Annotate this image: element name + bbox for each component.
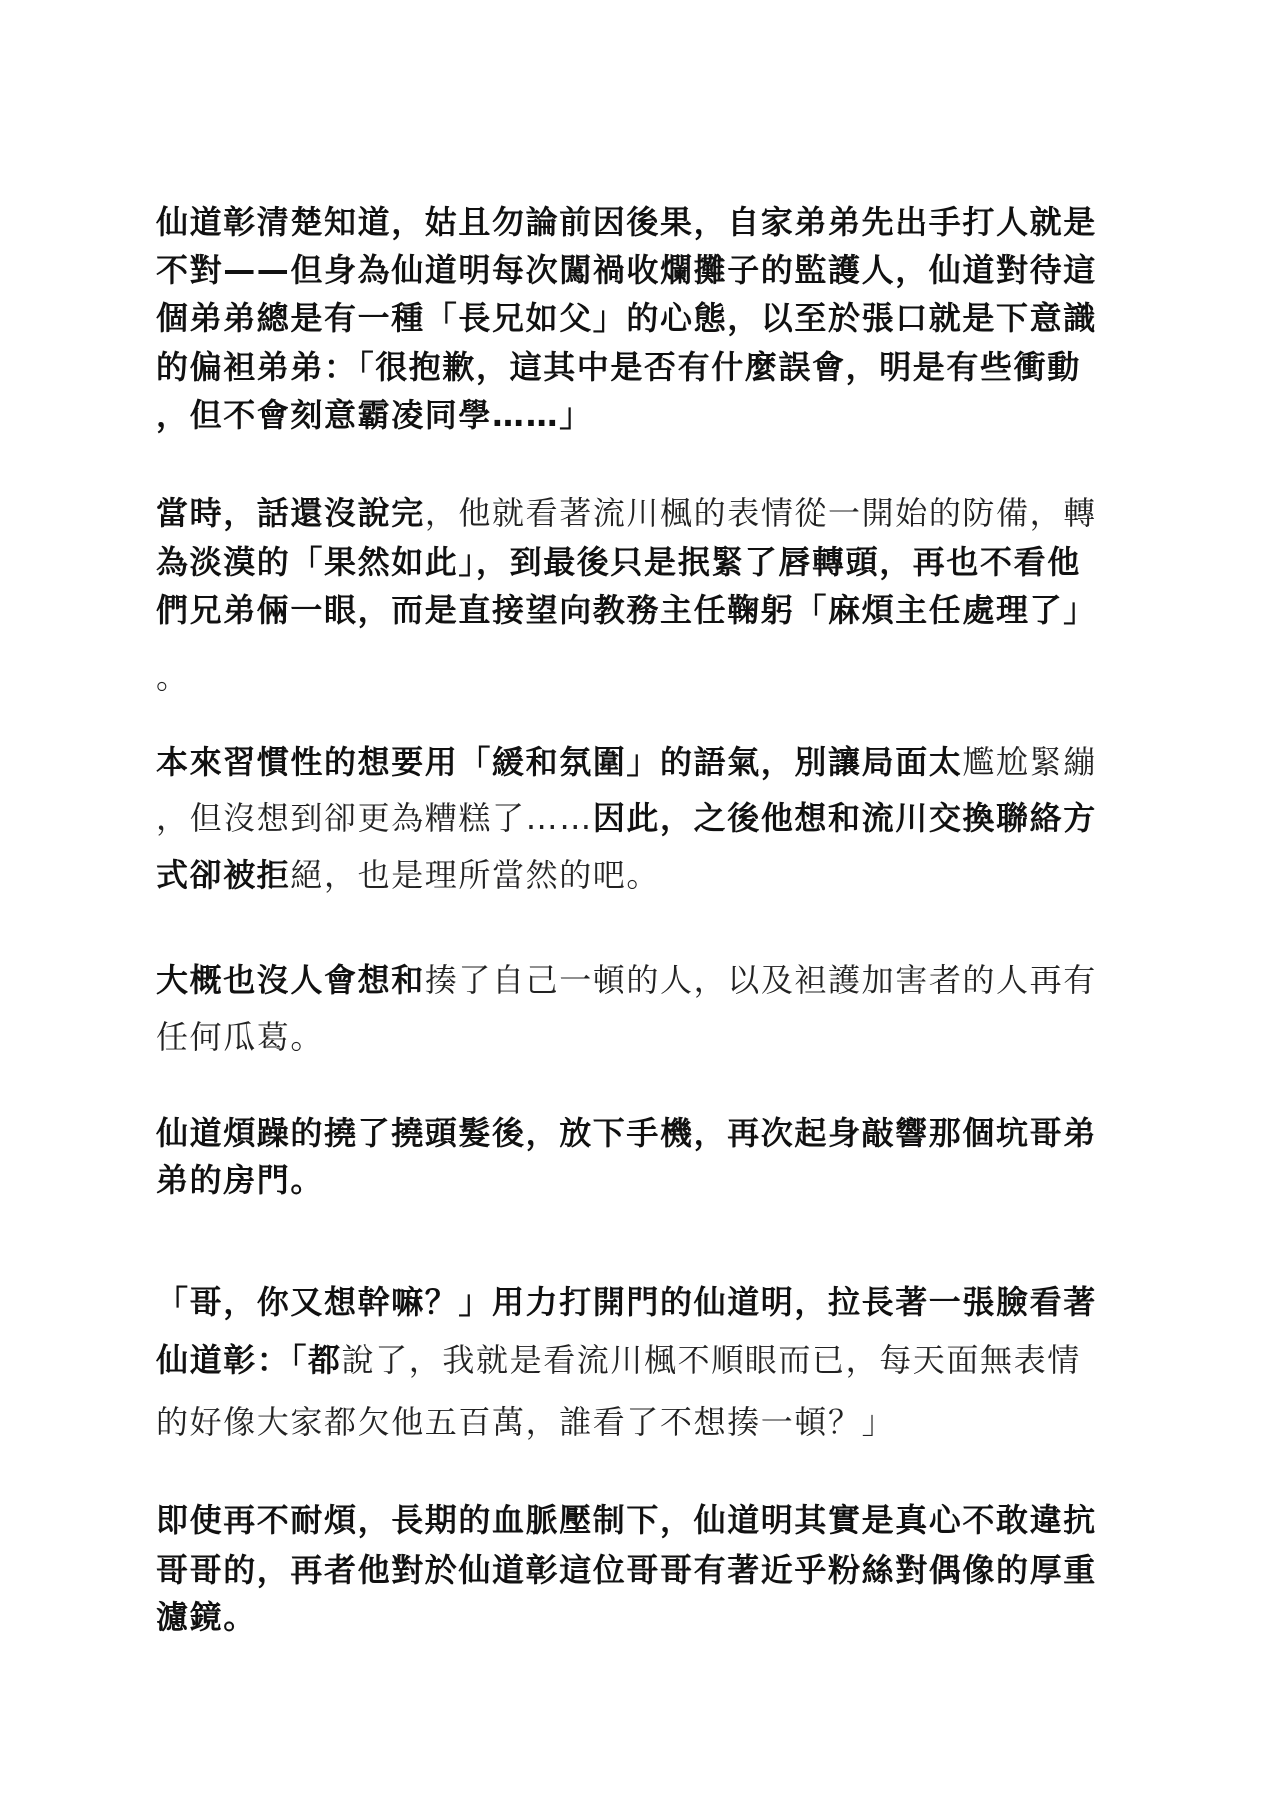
text-segment: 個弟弟總是有一種「長兄如父」的心態，以至於張口就是下意識: [156, 299, 1097, 337]
text-segment: 們兄弟倆一眼，而是直接望向教務主任鞠躬「麻煩主任處理了」: [156, 591, 1097, 629]
text-line: 仙道煩躁的撓了撓頭髮後，放下手機，再次起身敲響那個坑哥弟: [156, 1113, 1136, 1153]
text-line: 仙道彰清楚知道，姑且勿論前因後果，自家弟弟先出手打人就是: [156, 202, 1136, 242]
text-segment: 仙道彰清楚知道，姑且勿論前因後果，自家弟弟先出手打人就是: [156, 203, 1097, 241]
text-line: 當時，話還沒說完，他就看著流川楓的表情從一開始的防備，轉: [156, 493, 1136, 533]
text-segment: ，但沒想到卻更為糟糕了……: [156, 799, 593, 837]
text-segment: ，但不會刻意霸凌同學……」: [156, 396, 593, 434]
text-line: 弟的房門。: [156, 1160, 1136, 1200]
text-segment: ，他就看著流川楓的表情從一開始的防備，轉: [425, 494, 1097, 532]
text-segment: 任何瓜葛。: [156, 1018, 324, 1056]
text-line: 式卻被拒絕，也是理所當然的吧。: [156, 855, 1136, 895]
text-line: 的偏袒弟弟：「很抱歉，這其中是否有什麼誤會，明是有些衝動: [156, 347, 1136, 387]
text-segment: 尷尬緊繃: [962, 743, 1096, 781]
text-line: 「哥，你又想幹嘛？」用力打開門的仙道明，拉長著一張臉看著: [156, 1282, 1136, 1322]
text-segment: 說了，我就是看流川楓不順眼而已，每天面無表情: [342, 1341, 1081, 1379]
text-line: 任何瓜葛。: [156, 1017, 1136, 1057]
text-line: 們兄弟倆一眼，而是直接望向教務主任鞠躬「麻煩主任處理了」: [156, 590, 1136, 630]
text-segment: 的好像大家都欠他五百萬，誰看了不想揍一頓？」: [156, 1403, 895, 1441]
text-segment: 。: [156, 658, 190, 696]
text-segment: 哥哥的，再者他對於仙道彰這位哥哥有著近乎粉絲對偶像的厚重: [156, 1551, 1097, 1589]
document-page: 仙道彰清楚知道，姑且勿論前因後果，自家弟弟先出手打人就是不對——但身為仙道明每次…: [0, 0, 1280, 1810]
text-line: 大概也沒人會想和揍了自己一頓的人，以及袒護加害者的人再有: [156, 960, 1136, 1000]
text-line: 為淡漠的「果然如此」，到最後只是抿緊了唇轉頭，再也不看他: [156, 542, 1136, 582]
text-line: 個弟弟總是有一種「長兄如父」的心態，以至於張口就是下意識: [156, 298, 1136, 338]
text-segment: 仙道煩躁的撓了撓頭髮後，放下手機，再次起身敲響那個坑哥弟: [156, 1114, 1097, 1152]
text-segment: 弟的房門。: [156, 1161, 324, 1199]
text-segment: 仙道彰：「都: [156, 1341, 342, 1379]
text-segment: 不對——但身為仙道明每次闖禍收爛攤子的監護人，仙道對待這: [156, 251, 1097, 289]
text-segment: 揍了自己一頓的人，以及袒護加害者的人再有: [425, 961, 1097, 999]
text-segment: 式卻被拒: [156, 856, 290, 894]
text-line: 哥哥的，再者他對於仙道彰這位哥哥有著近乎粉絲對偶像的厚重: [156, 1550, 1136, 1590]
text-line: 。: [156, 657, 1136, 697]
text-segment: 的偏袒弟弟：「很抱歉，這其中是否有什麼誤會，明是有些衝動: [156, 348, 1081, 386]
text-segment: 絕，也是理所當然的吧。: [290, 856, 660, 894]
text-line: 仙道彰：「都說了，我就是看流川楓不順眼而已，每天面無表情: [156, 1340, 1136, 1380]
text-segment: 為淡漠的「果然如此」，到最後只是抿緊了唇轉頭，再也不看他: [156, 543, 1081, 581]
text-line: ，但沒想到卻更為糟糕了……因此，之後他想和流川交換聯絡方: [156, 798, 1136, 838]
text-segment: 濾鏡。: [156, 1598, 257, 1636]
text-line: 本來習慣性的想要用「緩和氛圍」的語氣，別讓局面太尷尬緊繃: [156, 742, 1136, 782]
text-line: 即使再不耐煩，長期的血脈壓制下，仙道明其實是真心不敢違抗: [156, 1500, 1136, 1540]
text-line: 的好像大家都欠他五百萬，誰看了不想揍一頓？」: [156, 1402, 1136, 1442]
text-line: 不對——但身為仙道明每次闖禍收爛攤子的監護人，仙道對待這: [156, 250, 1136, 290]
text-segment: 「哥，你又想幹嘛？」用力打開門的仙道明，拉長著一張臉看著: [156, 1283, 1097, 1321]
text-line: 濾鏡。: [156, 1597, 1136, 1637]
text-segment: 本來習慣性的想要用「緩和氛圍」的語氣，別讓局面太: [156, 743, 962, 781]
text-segment: 大概也沒人會想和: [156, 961, 425, 999]
text-segment: 因此，之後他想和流川交換聯絡方: [593, 799, 1097, 837]
text-segment: 當時，話還沒說完: [156, 494, 425, 532]
text-line: ，但不會刻意霸凌同學……」: [156, 395, 1136, 435]
text-segment: 即使再不耐煩，長期的血脈壓制下，仙道明其實是真心不敢違抗: [156, 1501, 1097, 1539]
